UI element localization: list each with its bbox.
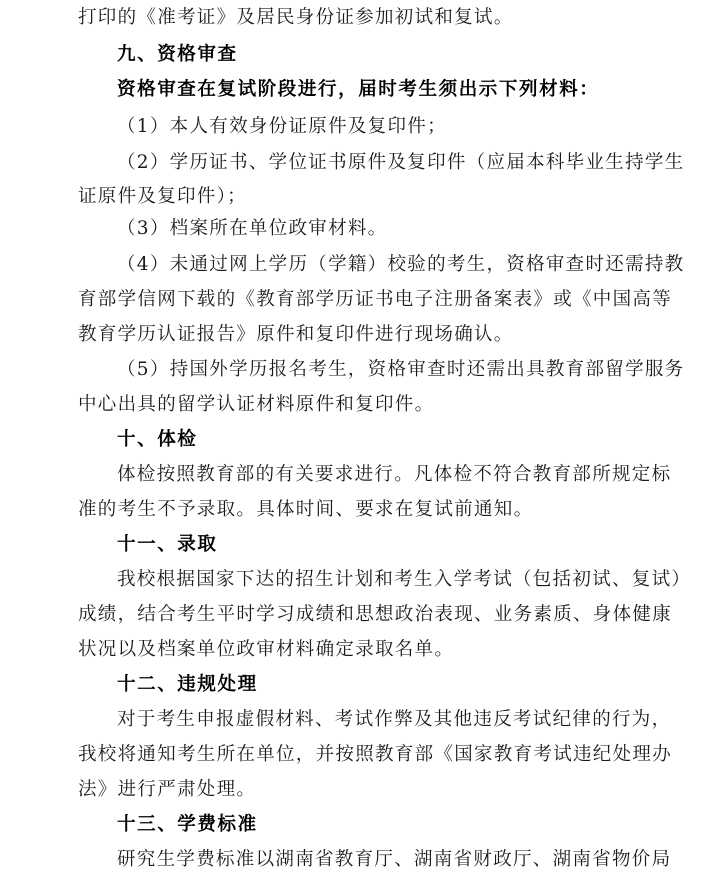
list-item-5-cont: 中心出具的留学认证材料原件和复印件。 xyxy=(78,387,646,422)
list-item-4-cont: 育部学信网下载的《教育部学历证书电子注册备案表》或《中国高等 xyxy=(78,282,646,317)
list-item-3: （3）档案所在单位政审材料。 xyxy=(117,211,646,246)
section-heading-admission: 十一、录取 xyxy=(117,527,646,562)
section-heading-violations: 十二、违规处理 xyxy=(117,667,646,702)
list-item-2: （2）学历证书、学位证书原件及复印件（应届本科毕业生持学生 xyxy=(117,145,646,180)
paragraph-line: 准的考生不予录取。具体时间、要求在复试前通知。 xyxy=(78,492,646,527)
paragraph-line: 研究生学费标准以湖南省教育厅、湖南省财政厅、湖南省物价局 xyxy=(117,842,646,876)
paragraph-line: 我校根据国家下达的招生计划和考生入学考试（包括初试、复试） xyxy=(117,562,646,597)
section-heading-tuition: 十三、学费标准 xyxy=(117,807,646,842)
section-heading-qualification-review: 九、资格审查 xyxy=(117,37,646,72)
paragraph-line: 对于考生申报虚假材料、考试作弊及其他违反考试纪律的行为， xyxy=(117,702,646,737)
section-heading-physical-exam: 十、体检 xyxy=(117,422,646,457)
list-item-4: （4）未通过网上学历（学籍）校验的考生，资格审查时还需持教 xyxy=(117,247,646,282)
paragraph-line: 体检按照教育部的有关要求进行。凡体检不符合教育部所规定标 xyxy=(117,457,646,492)
paragraph-line: 状况以及档案单位政审材料确定录取名单。 xyxy=(78,632,646,667)
paragraph-line: 法》进行严肃处理。 xyxy=(78,772,646,807)
paragraph-line: 成绩，结合考生平时学习成绩和思想政治表现、业务素质、身体健康 xyxy=(78,597,646,632)
list-item-5: （5）持国外学历报名考生，资格审查时还需出具教育部留学服务 xyxy=(117,352,646,387)
list-item-4-cont: 教育学历认证报告》原件和复印件进行现场确认。 xyxy=(78,317,646,352)
paragraph-line: 打印的《准考证》及居民身份证参加初试和复试。 xyxy=(78,0,646,35)
paragraph-line: 我校将通知考生所在单位，并按照教育部《国家教育考试违纪处理办 xyxy=(78,737,646,772)
list-item-2-cont: 证原件及复印件）； xyxy=(78,179,646,214)
qualification-intro: 资格审查在复试阶段进行，届时考生须出示下列材料： xyxy=(117,72,646,107)
list-item-1: （1）本人有效身份证原件及复印件； xyxy=(117,109,646,144)
